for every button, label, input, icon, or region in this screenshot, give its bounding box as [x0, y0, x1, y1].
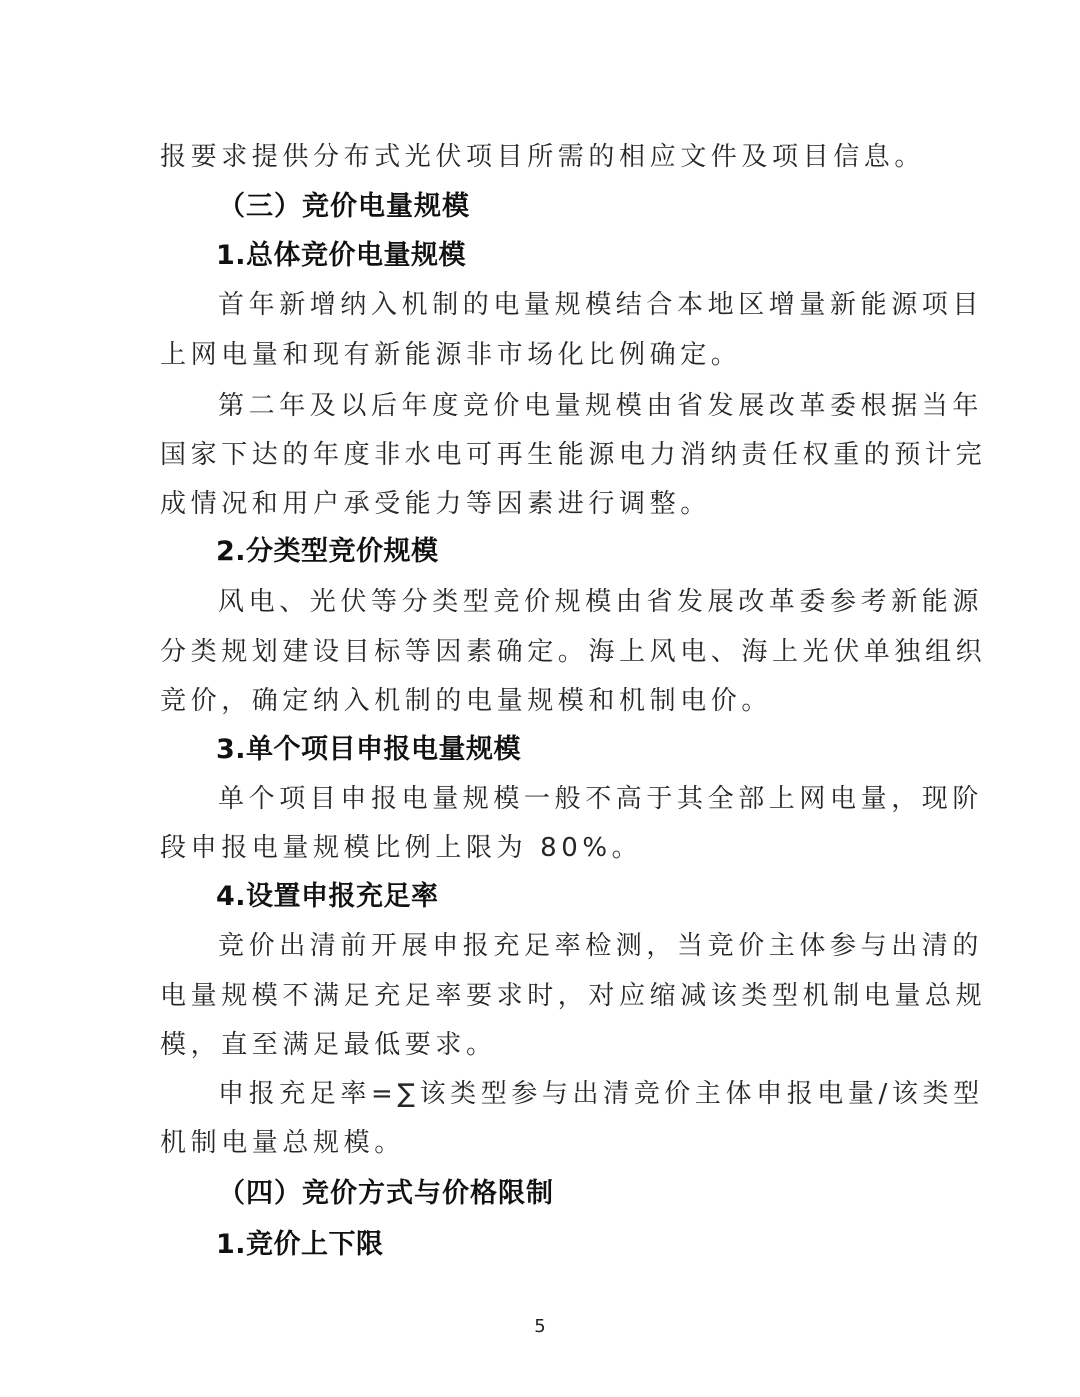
- subheading-category-scale: 2.分类型竞价规模: [216, 535, 439, 569]
- section-heading-4: （四）竞价方式与价格限制: [218, 1177, 554, 1211]
- paragraph-line: 电量规模不满足充足率要求时，对应缩减该类型机制电量总规: [160, 979, 920, 1013]
- paragraph-line: 段申报电量规模比例上限为 80%。: [160, 831, 920, 865]
- paragraph-line: 竞价，确定纳入机制的电量规模和机制电价。: [160, 684, 920, 718]
- document-page: 报要求提供分布式光伏项目所需的相应文件及项目信息。 （三）竞价电量规模 1.总体…: [0, 0, 1080, 1397]
- paragraph-line: 上网电量和现有新能源非市场化比例确定。: [160, 338, 920, 372]
- formula-line: 申报充足率=∑该类型参与出清竞价主体申报电量/该类型: [218, 1077, 978, 1111]
- subheading-single-project: 3.单个项目申报电量规模: [216, 733, 521, 767]
- paragraph-line: 首年新增纳入机制的电量规模结合本地区增量新能源项目: [218, 288, 978, 322]
- paragraph-line: 机制电量总规模。: [160, 1126, 920, 1160]
- paragraph-line: 单个项目申报电量规模一般不高于其全部上网电量，现阶: [218, 782, 978, 816]
- paragraph-line: 分类规划建设目标等因素确定。海上风电、海上光伏单独组织: [160, 635, 920, 669]
- subheading-adequacy-rate: 4.设置申报充足率: [216, 880, 439, 914]
- page-number: 5: [0, 1316, 1080, 1337]
- paragraph-line: 风电、光伏等分类型竞价规模由省发展改革委参考新能源: [218, 585, 978, 619]
- subheading-total-scale: 1.总体竞价电量规模: [216, 239, 466, 273]
- paragraph-line: 竞价出清前开展申报充足率检测，当竞价主体参与出清的: [218, 929, 978, 963]
- subheading-price-limits: 1.竞价上下限: [216, 1228, 384, 1262]
- paragraph-line: 国家下达的年度非水电可再生能源电力消纳责任权重的预计完: [160, 438, 920, 472]
- paragraph-line: 成情况和用户承受能力等因素进行调整。: [160, 487, 920, 521]
- paragraph-line: 第二年及以后年度竞价电量规模由省发展改革委根据当年: [218, 389, 978, 423]
- paragraph-line: 模，直至满足最低要求。: [160, 1028, 920, 1062]
- paragraph-line: 报要求提供分布式光伏项目所需的相应文件及项目信息。: [160, 140, 920, 174]
- section-heading-3: （三）竞价电量规模: [218, 190, 470, 224]
